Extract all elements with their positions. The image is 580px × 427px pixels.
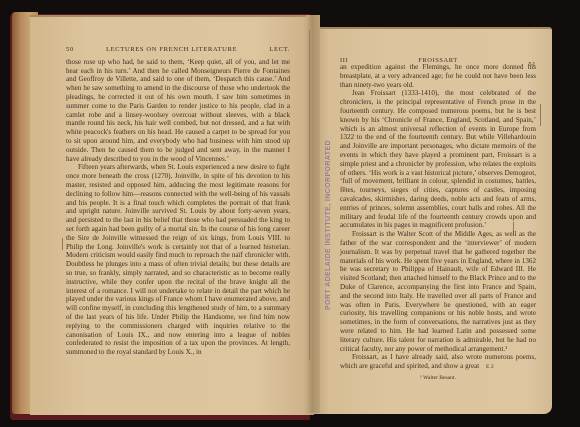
signature-mark: E 2 (486, 364, 494, 370)
pencil-margin-mark (62, 238, 63, 250)
right-paragraph-4: Froissart, as I have already said, also … (340, 353, 536, 371)
left-page-text: 50 LECTURES ON FRENCH LITERATURE LECT. t… (66, 46, 290, 357)
left-paragraph-1: those rose up who had, he said to them, … (66, 58, 290, 164)
right-paragraph-2: Jean Froissart (1333-1410), the most cel… (340, 89, 536, 230)
book-photo: 50 LECTURES ON FRENCH LITERATURE LECT. t… (0, 0, 580, 427)
left-section-mark: LECT. (269, 46, 290, 55)
right-paragraph-1: an expedition against the Flemings, he o… (340, 63, 536, 89)
binding-thread (309, 30, 310, 360)
left-paragraph-2: Fifteen years afterwards, when St. Louis… (66, 163, 290, 357)
footnote: ¹ Walter Besant. (340, 374, 536, 383)
left-running-title: LECTURES ON FRENCH LITERATURE (74, 46, 270, 55)
left-page-number: 50 (66, 46, 74, 55)
pencil-margin-mark (513, 222, 514, 236)
left-running-head: 50 LECTURES ON FRENCH LITERATURE LECT. (66, 46, 290, 55)
right-paragraph-3: Froissart is the Walter Scott of the Mid… (340, 230, 536, 353)
right-page-text: an expedition against the Flemings, he o… (340, 63, 536, 383)
library-stamp: PORT ADELAIDE INSTITUTE, INCORPORATED (325, 60, 335, 310)
pencil-margin-mark (540, 104, 541, 126)
